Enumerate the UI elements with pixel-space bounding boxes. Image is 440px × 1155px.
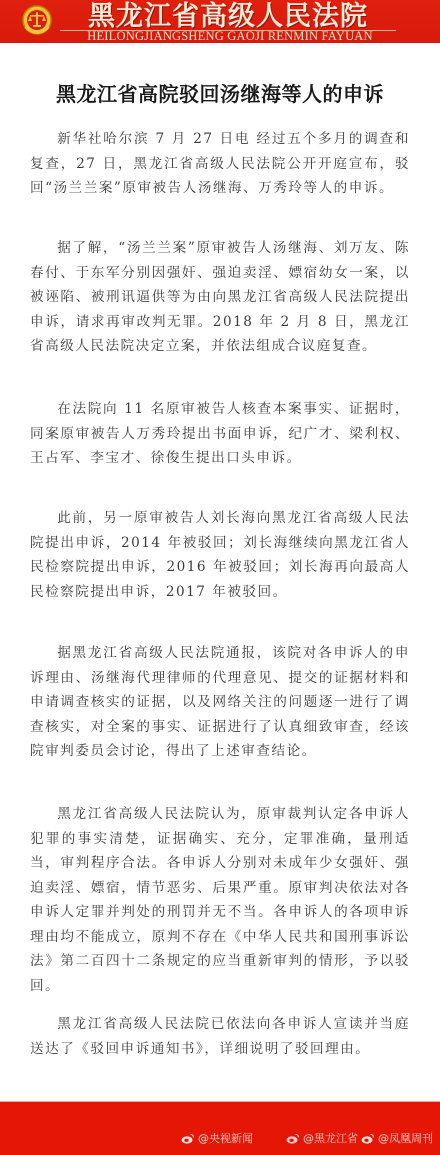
watermark-label: @央视新闻	[198, 1130, 253, 1146]
article-paragraph: 黑龙江省高级人民法院已依法向各申诉人宣读并当庭送达了《驳回申诉通知书》，详细说明…	[30, 1012, 410, 1061]
weibo-icon	[361, 1133, 375, 1144]
article-paragraph: 此前，另一原审被告人刘长海向黑龙江省高级人民法院提出申诉，2014 年被驳回；刘…	[30, 506, 410, 604]
weibo-watermark-phoenix: @凤凰周刊	[361, 1130, 433, 1146]
weibo-watermark-cctv: @央视新闻	[181, 1130, 253, 1146]
footer-banner	[0, 1101, 440, 1155]
article-paragraph: 黑龙江省高级人民法院认为，原审裁判认定各申诉人犯罪的事实清楚，证据确实、充分，定…	[30, 802, 410, 998]
watermark-label: @凤凰周刊	[378, 1130, 433, 1146]
court-header-banner: 黑龙江省高级人民法院 HEILONGJIANGSHENG GAOJI RENMI…	[0, 0, 440, 43]
article-paragraph: 据了解，“汤兰兰案”原审被告人汤继海、刘万友、陈春付、于东军分别因强奸、强迫卖淫…	[30, 236, 410, 359]
weibo-icon	[286, 1133, 300, 1144]
court-name-pinyin: HEILONGJIANGSHENG GAOJI RENMIN FAYUAN	[82, 30, 378, 43]
article-paragraph: 在法院向 11 名原审被告人核查本案事实、证据时，同案原审被告人万秀玲提出书面申…	[30, 397, 410, 471]
watermark-label: @黑龙江省	[303, 1130, 358, 1146]
court-emblem-icon	[20, 3, 54, 39]
article-paragraph: 据黑龙江省高级人民法院通报，该院对各申诉人的申诉理由、汤继海代理律师的代理意见、…	[30, 641, 410, 764]
weibo-icon	[181, 1133, 195, 1144]
article-title: 黑龙江省高院驳回汤继海等人的申诉	[0, 78, 440, 107]
weibo-watermark-heilongjiang: @黑龙江省	[286, 1130, 358, 1146]
article-paragraph: 新华社哈尔滨 7 月 27 日电 经过五个多月的调查和复查，27 日，黑龙江省高…	[30, 127, 410, 201]
